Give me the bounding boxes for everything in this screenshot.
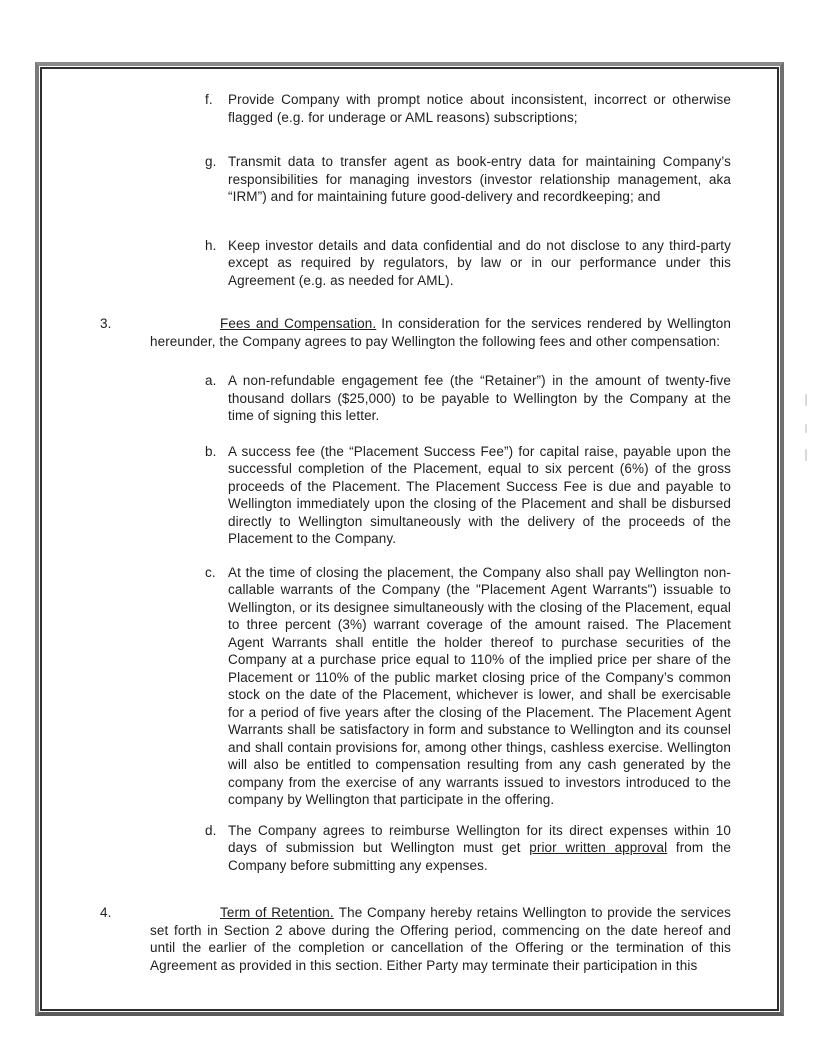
document-body: f. Provide Company with prompt notice ab… [43,69,778,974]
section-4-paragraph: Term of Retention.The Company hereby ret… [150,904,731,974]
section-4: 4. Term of Retention.The Company hereby … [150,904,731,974]
document-page: f. Provide Company with prompt notice ab… [0,0,816,1056]
fees-item-a-label: a. [205,372,228,425]
fees-item-b: b. A success fee (the “Placement Success… [205,443,731,548]
scan-artifact [805,394,807,406]
fees-item-b-label: b. [205,443,228,548]
list-item-f: f. Provide Company with prompt notice ab… [205,91,731,126]
section-3-number: 3. [100,315,111,333]
list-item-g-text: Transmit data to transfer agent as book-… [228,153,731,206]
list-item-g: g. Transmit data to transfer agent as bo… [205,153,731,206]
fees-item-c: c. At the time of closing the placement,… [205,564,731,809]
fees-item-c-label: c. [205,564,228,809]
fees-item-b-text: A success fee (the “Placement Success Fe… [228,443,731,548]
fees-item-a: a. A non-refundable engagement fee (the … [205,372,731,425]
list-item-h: h. Keep investor details and data confid… [205,237,731,290]
fees-item-d: d. The Company agrees to reimburse Welli… [205,822,731,875]
fees-item-a-text: A non-refundable engagement fee (the “Re… [228,372,731,425]
list-item-f-text: Provide Company with prompt notice about… [228,91,731,126]
scan-artifact [805,424,807,433]
section-3: 3. Fees and Compensation.In consideratio… [150,315,731,350]
section-4-heading: Term of Retention. [220,905,334,920]
fees-item-d-underlined-phrase: prior written approval [529,840,667,855]
fees-item-d-label: d. [205,822,228,875]
section-3-heading: Fees and Compensation. [220,316,376,331]
section-4-number: 4. [100,904,111,922]
list-item-f-label: f. [205,91,228,126]
fees-item-d-text: The Company agrees to reimburse Wellingt… [228,822,731,875]
scan-artifact [805,449,807,461]
section-3-paragraph: Fees and Compensation.In consideration f… [150,315,731,350]
list-item-h-text: Keep investor details and data confident… [228,237,731,290]
list-item-g-label: g. [205,153,228,206]
list-item-h-label: h. [205,237,228,290]
fees-item-c-text: At the time of closing the placement, th… [228,564,731,809]
